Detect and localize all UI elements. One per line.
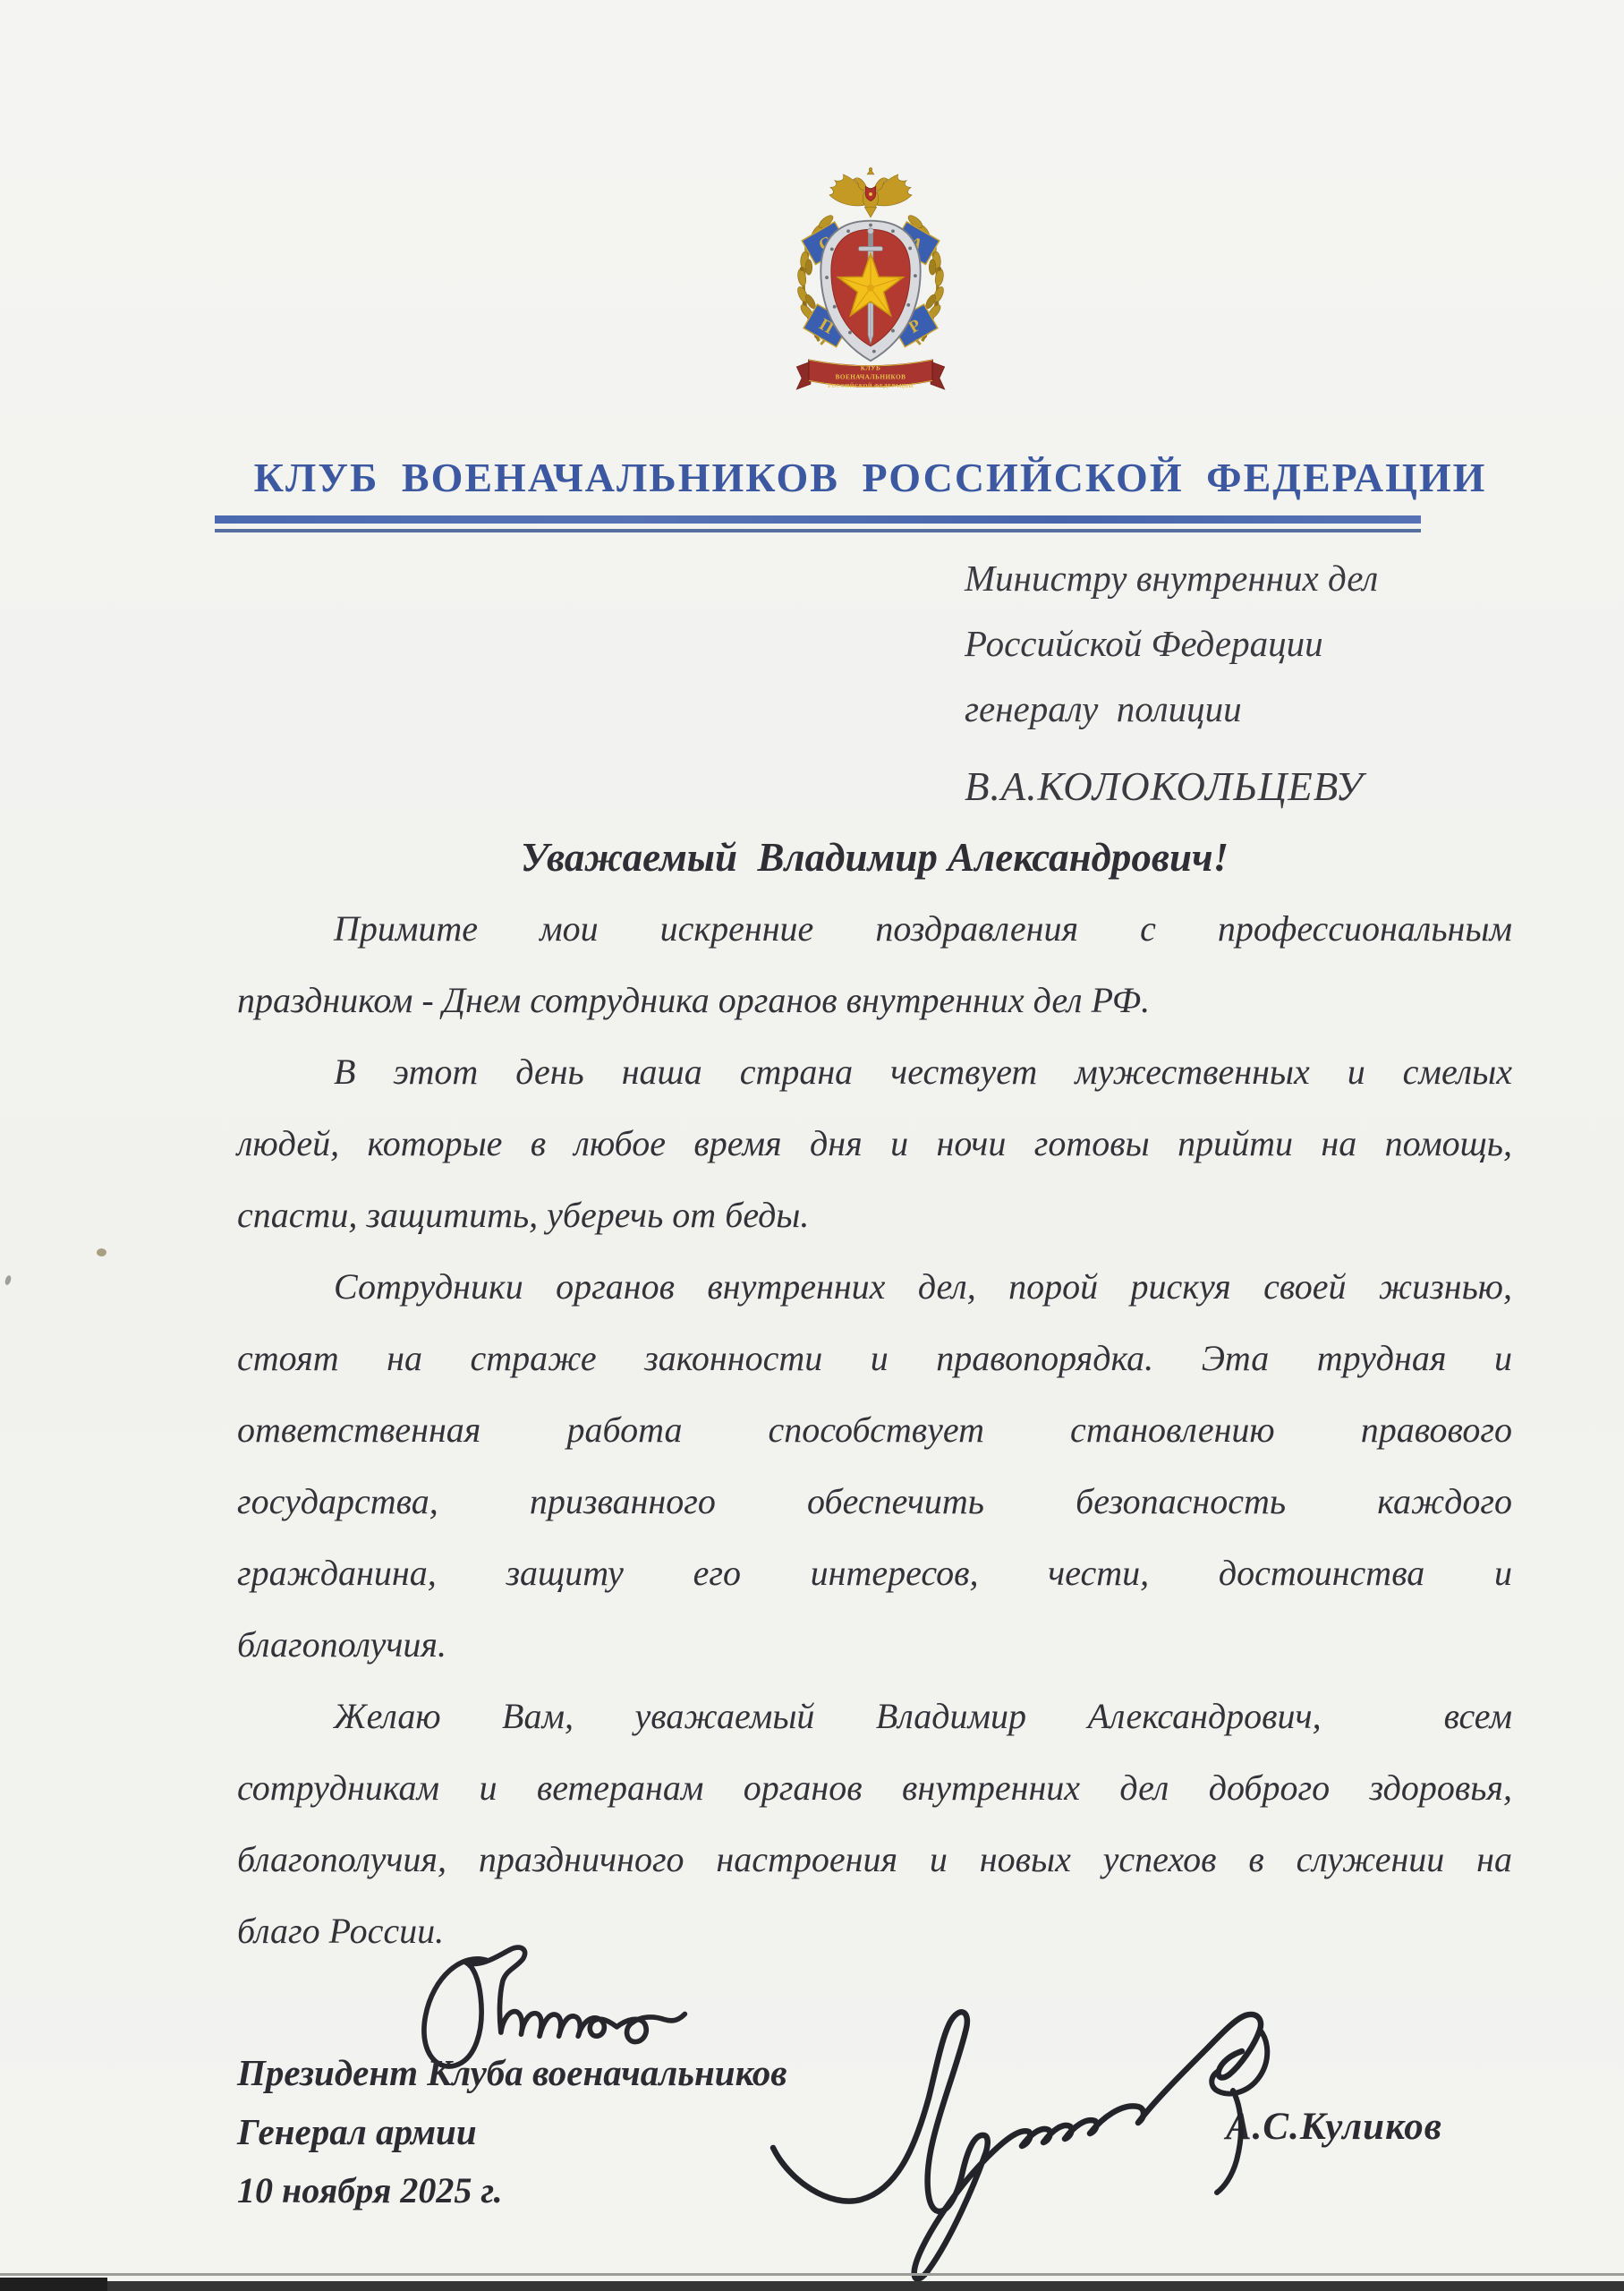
scan-speck — [97, 1248, 106, 1256]
body-line: гражданина, защиту его интересов, чести,… — [237, 1537, 1512, 1609]
body-line: Сотрудники органов внутренних дел, порой… — [237, 1251, 1512, 1323]
ribbon-banner: КЛУБ ВОЕНАЧАЛЬНИКОВ РОССИЙСКОЙ ФЕДЕРАЦИИ — [796, 360, 944, 389]
ribbon-line: ВОЕНАЧАЛЬНИКОВ — [836, 373, 906, 380]
body-line: спасти, защитить, уберечь от беды. — [237, 1180, 1512, 1251]
body-line: благополучия, праздничного настроения и … — [237, 1824, 1512, 1895]
addressee-name: В.А.КОЛОКОЛЬЦЕВУ — [965, 760, 1537, 813]
body-line: Желаю Вам, уважаемый Владимир Александро… — [237, 1681, 1512, 1752]
scan-speck — [4, 1274, 12, 1285]
addressee-line: генералу полиции — [965, 677, 1537, 742]
club-emblem: С А П Р — [785, 167, 957, 391]
signature-rank: Генерал армии — [237, 2110, 477, 2153]
addressee-line: Министру внутренних дел — [965, 546, 1537, 611]
body-line: благополучия. — [237, 1609, 1512, 1681]
ribbon-line: РОССИЙСКОЙ ФЕДЕРАЦИИ — [828, 382, 914, 389]
body-line: праздником - Днем сотрудника органов вну… — [237, 965, 1512, 1036]
divider-thick-line — [215, 515, 1421, 524]
organization-title: КЛУБ ВОЕНАЧАЛЬНИКОВ РОССИЙСКОЙ ФЕДЕРАЦИИ — [174, 453, 1566, 503]
addressee-line: Российской Федерации — [965, 611, 1537, 677]
divider-thin-line — [215, 529, 1421, 532]
body-line: стоят на страже законности и правопорядк… — [237, 1323, 1512, 1394]
salutation: Уважаемый Владимир Александрович! — [237, 834, 1512, 881]
handwritten-note-text: Обнимаю — [0, 0, 1, 1]
body-line: Примите мои искренние поздравления с про… — [237, 893, 1512, 965]
eagle-icon — [829, 167, 912, 217]
signature-position-title: Президент Клуба военачальников — [237, 2051, 787, 2094]
scan-edge-bar — [0, 2281, 1624, 2291]
body-line: государства, призванного обеспечить безо… — [237, 1466, 1512, 1537]
scan-edge-corner — [0, 2278, 107, 2291]
body-line: В этот день наша страна чествует мужеств… — [237, 1036, 1512, 1108]
body-line: сотрудникам и ветеранам органов внутренн… — [237, 1752, 1512, 1824]
scan-edge-line — [0, 2273, 1624, 2276]
signature-date: 10 ноября 2025 г. — [237, 2169, 503, 2211]
body-line: ответственная работа способствует станов… — [237, 1394, 1512, 1466]
letter-body: Примите мои искренние поздравления с про… — [237, 893, 1512, 1967]
signature-autograph — [753, 1997, 1322, 2291]
addressee-block: Министру внутренних дел Российской Федер… — [965, 546, 1537, 813]
header-divider — [215, 515, 1421, 532]
letter-page: С А П Р — [0, 0, 1624, 2291]
ribbon-line: КЛУБ — [861, 365, 881, 372]
body-line: людей, которые в любое время дня и ночи … — [237, 1108, 1512, 1180]
